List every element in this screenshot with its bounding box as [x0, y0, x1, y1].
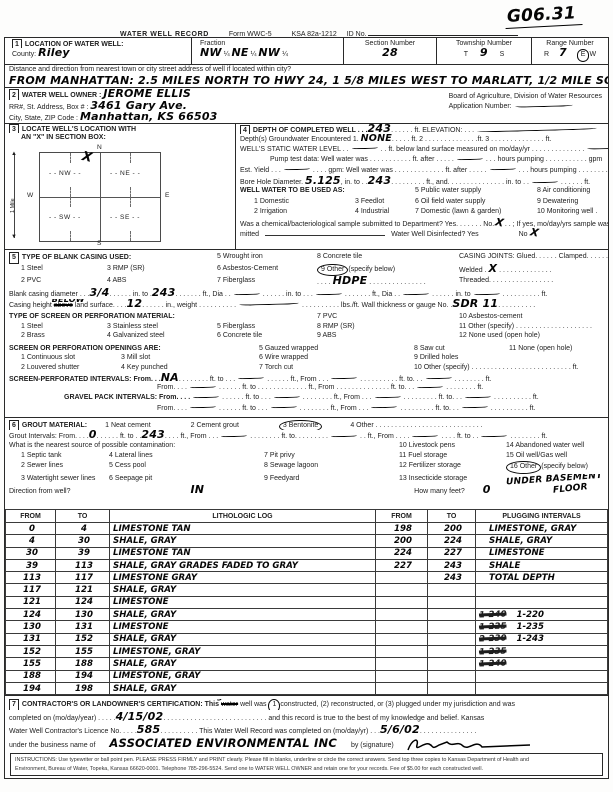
handwritten-dash	[457, 156, 483, 160]
address-value: 3461 Gary Ave.	[90, 100, 187, 111]
interval-frag: . . . . . . ft. to . . . . . . . . . . .…	[219, 384, 414, 391]
business-name-value: ASSOCIATED ENVIRONMENTAL INC	[109, 736, 337, 750]
handwritten-dash	[481, 434, 507, 438]
option-none-open-hole: 12 None used (open hole)	[459, 331, 608, 341]
plug-description: 1-243	[517, 634, 545, 644]
grout-to-value: 243	[141, 430, 165, 440]
interval-frag: From. . . .	[157, 384, 187, 391]
handwritten-dash	[234, 292, 260, 296]
plug-from-value	[376, 584, 428, 596]
log-header-row: FROM TO LITHOLOGIC LOG FROM TO PLUGGING …	[6, 510, 608, 523]
address-label: RR#, St. Address, Box # :	[9, 104, 88, 111]
handwritten-dash	[284, 167, 310, 171]
log-description: SHALE, GRAY	[110, 535, 376, 547]
log-to-value: 30	[56, 535, 110, 547]
range-number-label: Range Number	[532, 39, 608, 48]
handwritten-dash	[238, 376, 264, 380]
casing-options-row-1: 5TYPE OF BLANK CASING USED: 5 Wrought ir…	[5, 252, 608, 264]
log-table-row: 113 117 LIMESTONE GRAY 243 TOTAL DEPTH	[6, 572, 608, 584]
plug-from-value	[376, 658, 428, 670]
handwritten-dash	[274, 395, 300, 399]
plug-struck-value: 1-235	[479, 646, 507, 657]
log-table-row: 131 152 SHALE, GRAY 2-2301-243	[6, 633, 608, 645]
direction-answer: IN	[190, 485, 204, 495]
dia-frag: . . . . . . . ft., Dia . .	[345, 291, 400, 298]
compass-e-label: E	[165, 192, 170, 199]
water-well-record-scan: { "meta": { "hand_id": "G06.31" }, "head…	[0, 0, 613, 792]
cert-frag: . . . . . . . . . . . . . . .	[420, 728, 476, 735]
depth-completed-value: 243	[368, 124, 392, 134]
option-galvanized: 4 Galvanized steel	[107, 332, 165, 339]
log-table-row: 152 155 LIMESTONE, GRAY 1-235	[6, 645, 608, 657]
log-table-row: 4 30 SHALE, GRAY 200 224 SHALE, GRAY	[6, 535, 608, 547]
plug-description: 1-220	[517, 610, 545, 620]
option-openings-other: 10 Other (specify) . . . . . . . . . . .…	[414, 363, 608, 373]
gauge-label: . . . . . . . . . . lbs./ft. Wall thickn…	[302, 302, 452, 309]
handwritten-dash	[271, 405, 297, 409]
handwritten-dash	[190, 405, 216, 409]
section-3-4-block: 3LOCATE WELL'S LOCATION WITH AN "X" IN S…	[5, 123, 608, 249]
sample-question-rest: . . ; If yes, mo/day/yrs sample was sub-	[505, 221, 608, 228]
handwritten-dash	[462, 405, 488, 409]
interval-frag: . . . . . . . . ft., From . . .	[303, 394, 372, 401]
plug-header-from: FROM	[376, 510, 428, 523]
option-asbestos-cement: 6 Asbestos-Cement	[217, 264, 317, 277]
section-7-number: 7	[9, 699, 19, 709]
interval-frag: . . . . . . . . . . ft. to. . .	[360, 376, 422, 383]
log-from-value: 131	[6, 633, 56, 645]
section-number-value: 28	[382, 48, 398, 59]
option-screen-pvc: 7 PVC	[317, 312, 459, 322]
plug-description: LIMESTONE, GRAY	[489, 524, 576, 534]
mile-scale-label: 1 Mile	[10, 173, 16, 213]
compass-s-label: S	[97, 240, 102, 247]
log-header-lithologic: LITHOLOGIC LOG	[110, 510, 376, 523]
plug-header-intervals: PLUGGING INTERVALS	[476, 510, 608, 523]
disinfected-no-label: No	[519, 231, 528, 238]
option-screen-fiberglass: 5 Fiberglass	[217, 322, 317, 332]
contamination-label: What is the nearest source of possible c…	[9, 441, 399, 451]
log-table-row: 130 131 LIMESTONE 1-2251-235	[6, 621, 608, 633]
log-from-value: 117	[6, 584, 56, 596]
casing-joints-label: CASING JOINTS: Glued. . . . . . Clamped.…	[459, 252, 608, 264]
plug-to-value	[428, 658, 476, 670]
option-other-casing-circled: 9 Other(specify below)	[317, 264, 459, 277]
option-key-punched: 4 Key punched	[121, 364, 168, 371]
handwritten-dash	[352, 146, 378, 150]
section-5-number: 5	[9, 252, 19, 264]
log-table-row: 121 124 LIMESTONE	[6, 596, 608, 608]
casing-options-row-3: 2 PVC4 ABS 7 Fiberglass . . . . HDPE . .…	[5, 276, 608, 288]
plug-header-to: TO	[428, 510, 476, 523]
interval-frag: . . . . . . . . ft. to . . .	[179, 376, 235, 383]
groundwater-label: Depth(s) Groundwater Encountered 1.	[240, 136, 359, 143]
interval-frag: . . . . . . . . . ft. to. . .	[404, 394, 462, 401]
welded-x-mark: X	[488, 264, 497, 275]
range-w: W	[589, 51, 596, 58]
log-to-value: 131	[56, 621, 110, 633]
quarter-symbol: ¼	[224, 51, 230, 58]
log-to-value: 117	[56, 572, 110, 584]
log-description: LIMESTONE, GRAY	[110, 645, 376, 657]
section-1-location: 1LOCATION OF WATER WELL: County: Riley F…	[5, 38, 608, 64]
groundwater-value: NONE	[361, 134, 392, 144]
casing-diameter-value: 3/4	[90, 288, 110, 298]
section-3-title-1: LOCATE WELL'S LOCATION WITH	[22, 126, 136, 133]
log-body: 0 4 LIMESTONE TAN 198 200 LIMESTONE, GRA…	[6, 523, 608, 695]
est-yield-mid: . . . . gpm: Well water was . . . . . . …	[313, 167, 487, 174]
option-fuel-storage: 11 Fuel storage	[399, 451, 506, 461]
log-table-row: 39 113 SHALE, GRAY GRADES FADED TO GRAY …	[6, 559, 608, 571]
option-irrigation: 2 Irrigation	[240, 207, 355, 217]
log-from-value: 4	[6, 535, 56, 547]
record-completed-date-value: 5/6/02	[380, 723, 420, 736]
disinfected-no-x-mark: X	[529, 228, 539, 238]
log-to-value: 152	[56, 633, 110, 645]
plug-to-value	[428, 633, 476, 645]
option-abs: 4 ABS	[107, 277, 126, 284]
log-header-to: TO	[56, 510, 110, 523]
interval-frag: . . . . . . ft. to . .	[97, 433, 142, 440]
section-7-certification: 7CONTRACTOR'S OR LANDOWNER'S CERTIFICATI…	[5, 695, 608, 751]
option-watertight-sewer: 3 Watertight sewer lines	[21, 474, 109, 484]
option-cess-pool: 5 Cess pool	[109, 462, 146, 469]
option-livestock: 10 Livestock pens	[399, 441, 506, 451]
certification-label: CONTRACTOR'S OR LANDOWNER'S CERTIFICATIO…	[22, 701, 219, 708]
quadrant-nw-label: - - NW - -	[49, 170, 81, 177]
interval-frag: . . . . . . ft., From . . .	[267, 376, 328, 383]
option-air-conditioning: 8 Air conditioning	[537, 186, 608, 196]
log-description: LIMESTONE TAN	[110, 547, 376, 559]
plug-to-value	[428, 670, 476, 682]
plug-to-value	[428, 621, 476, 633]
interval-frag: . . . . . . . . ft., From . . .	[300, 405, 369, 412]
log-description: LIMESTONE TAN	[110, 523, 376, 535]
casing-height-label: Casing height	[9, 302, 52, 309]
section-2-number: 2	[9, 89, 19, 100]
option-wrought-iron: 5 Wrought iron	[217, 252, 317, 264]
handwritten-dash	[331, 376, 357, 380]
completed-on-label: completed on (mo/day/year) . . . . .	[9, 715, 116, 722]
handwritten-dash	[417, 384, 443, 388]
hdpe-dots-pre: . . . .	[317, 279, 331, 286]
bore-diameter-value: 5.125	[305, 176, 341, 186]
instructions-line-1: INSTRUCTIONS: Use typewriter or ball poi…	[15, 756, 598, 764]
plug-description: SHALE, GRAY	[489, 536, 552, 546]
township-number-label: Township Number	[437, 39, 531, 48]
handwritten-dash	[239, 301, 299, 306]
option-none-open: 11 None (open hole)	[509, 344, 608, 354]
log-from-value: 155	[6, 658, 56, 670]
fraction-1-value: NW	[200, 48, 222, 59]
option-wire-wrapped: 6 Wire wrapped	[259, 353, 414, 363]
quarter-symbol: ¼	[251, 51, 257, 58]
option-bentonite-circled: 3 Bentonite	[279, 420, 322, 430]
interval-frag: . . . . . . . . . ft. to. . .	[400, 405, 458, 412]
log-table-row: 117 121 SHALE, GRAY	[6, 584, 608, 596]
casing-other-answer: HDPE	[333, 276, 368, 287]
grout-title: GROUT MATERIAL:	[22, 422, 87, 429]
section-3-location-box: 3LOCATE WELL'S LOCATION WITH AN "X" IN S…	[5, 124, 236, 249]
quarter-symbol: ¼	[282, 51, 288, 58]
log-description: LIMESTONE GRAY	[110, 572, 376, 584]
log-from-value: 188	[6, 670, 56, 682]
cert-frag: . . . . . . . . . . . . . . . . . . . . …	[163, 715, 484, 722]
fraction-2-value: NE	[232, 48, 249, 59]
instructions-box: INSTRUCTIONS: Use typewriter or ball poi…	[10, 753, 603, 776]
plug-description: 1-235	[517, 622, 545, 632]
option-stainless: 3 Stainless steel	[107, 323, 158, 330]
log-to-value: 188	[56, 658, 110, 670]
compass-w-label: W	[27, 192, 34, 199]
hdpe-dots-post: . . . . . . . . . . . . . . .	[369, 279, 425, 286]
option-fertilizer: 12 Fertilizer storage	[399, 461, 506, 474]
feet-answer: 0	[483, 485, 491, 495]
option-pvc: 2 PVC	[21, 276, 107, 286]
interval-frag: . . . . ft. to . .	[441, 433, 478, 440]
city-label: City, State, ZIP Code :	[9, 115, 78, 122]
handwritten-dash	[375, 395, 401, 399]
log-from-value: 113	[6, 572, 56, 584]
plug-from-value	[376, 670, 428, 682]
handwritten-dash	[331, 434, 357, 438]
contamination-row-4: 3 Watertight sewer lines6 Seepage pit 9 …	[5, 474, 608, 484]
log-from-value: 121	[6, 596, 56, 608]
signature	[404, 737, 534, 751]
application-number-label: Application Number:	[449, 103, 512, 110]
section-3-title-2: AN "X" IN SECTION BOX:	[21, 134, 106, 141]
groundwater-rest: . . . . . ft. 2 . . . . . . . . . . . . …	[392, 136, 551, 143]
option-abandoned-well: 14 Abandoned water well	[506, 441, 608, 451]
depth-units: . . . . . . ft. ELEVATION: . . .	[391, 127, 474, 134]
option-contam-other-circled: 16 Other(specify below)	[506, 461, 608, 474]
section-4-well-details: 4DEPTH OF COMPLETED WELL . . .243. . . .…	[236, 124, 608, 249]
log-table-row: 188 194 LIMESTONE, GRAY	[6, 670, 608, 682]
casing-height-value: 12	[127, 299, 143, 309]
completed-date-value: 4/15/02	[116, 710, 164, 723]
handwritten-dash	[412, 434, 438, 438]
screen-material-row-3: 2 Brass4 Galvanized steel 6 Concrete til…	[5, 331, 608, 341]
option-public-water: 5 Public water supply	[415, 186, 537, 196]
licence-label: Water Well Contractor's Licence No. . . …	[9, 728, 137, 735]
plug-to-value	[428, 596, 476, 608]
option-feedlot: 3 Feedlot	[355, 197, 415, 207]
openings-title: SCREEN OR PERFORATION OPENINGS ARE:	[9, 344, 259, 354]
range-r: R	[544, 51, 549, 58]
option-mill-slot: 3 Mill slot	[121, 354, 150, 361]
option-louvered: 2 Louvered shutter	[21, 363, 121, 373]
handwritten-dash	[403, 292, 429, 296]
handwritten-dash	[532, 179, 558, 183]
casing-diameter-label: Blank casing diameter . . .	[9, 291, 90, 298]
pump-test-label: Pump test data: Well water was . . . . .…	[270, 156, 454, 163]
bore-depth-value: 243	[368, 176, 392, 186]
option-neat-cement: 1 Neat cement	[105, 422, 151, 429]
handwritten-dash	[587, 146, 608, 150]
option-screen-steel: 1 Steel	[21, 322, 107, 332]
interval-frag: . . . . . . . . ft.	[510, 433, 547, 440]
option-concrete-tile: 8 Concrete tile	[317, 252, 459, 264]
township-value: 9	[480, 48, 488, 59]
option-grout-other: 4 Other . . . . . . . . . . . . . . . . …	[350, 422, 482, 429]
log-from-value: 130	[6, 621, 56, 633]
screen-perforated-label: SCREEN-PERFORATED INTERVALS: From. . .	[9, 376, 161, 383]
option-torch-cut: 7 Torch cut	[259, 363, 414, 373]
section-1-title: LOCATION OF WATER WELL:	[25, 41, 124, 48]
signature-label: by (signature)	[351, 742, 394, 749]
option-oil-field: 6 Oil field water supply	[415, 197, 537, 207]
dia-frag: . . . . . . . ft., Dia . .	[175, 291, 230, 298]
county-value: Riley	[38, 48, 70, 59]
plug-description: LIMESTONE	[489, 548, 545, 558]
plug-description: SHALE	[489, 561, 520, 571]
threaded-label: Threaded. . . . . . . . . . . . . . . . …	[459, 276, 608, 288]
range-value: 7	[559, 48, 567, 59]
plug-struck-value: 2-230	[479, 634, 507, 645]
log-from-value: 194	[6, 682, 56, 694]
plug-description: TOTAL DEPTH	[489, 573, 555, 583]
plug-to-value: 224	[428, 535, 476, 547]
section-6-grout: 6GROUT MATERIAL:1 Neat cement2 Cement gr…	[5, 417, 608, 509]
township-s: S	[500, 51, 505, 58]
option-domestic-lawn: 7 Domestic (lawn & garden)	[415, 207, 537, 217]
interval-frag: . . . . . . . . . . ft.	[494, 394, 539, 401]
handwritten-dash	[425, 376, 451, 380]
option-pit-privy: 7 Pit privy	[264, 451, 399, 461]
interval-frag: . . . . . . . . ft.	[455, 376, 492, 383]
plug-from-value: 227	[376, 559, 428, 571]
grout-from-value: 0	[89, 430, 97, 440]
log-table-row: 155 188 SHALE, GRAY 1-240	[6, 658, 608, 670]
handwritten-id-number: G06.31	[504, 3, 582, 29]
plug-from-value	[376, 621, 428, 633]
handwritten-dash	[474, 292, 500, 296]
screen-material-row-1: TYPE OF SCREEN OR PERFORATION MATERIAL: …	[5, 312, 608, 322]
plug-struck-value: 1-240	[479, 658, 507, 669]
option-seepage-pit: 6 Seepage pit	[109, 475, 152, 482]
instructions-line-2: Environment, Bureau of Water, Topeka, Ka…	[15, 765, 598, 773]
est-yield-label: Est. Yield . . .	[240, 167, 281, 174]
static-level-label: WELL'S STATIC WATER LEVEL . .	[240, 146, 349, 153]
gauge-dots: . . . . . . . . . .	[498, 302, 535, 309]
fraction-3-value: NW	[258, 48, 280, 59]
section-2-owner: 2WATER WELL OWNER : JEROME ELLIS RR#, St…	[5, 87, 608, 123]
screen-material-row-2: 1 Steel3 Stainless steel 5 Fiberglass 8 …	[5, 322, 608, 332]
option-screen-asbestos: 10 Asbestos-cement	[459, 312, 608, 322]
plug-to-value: 243	[428, 572, 476, 584]
log-to-value: 124	[56, 596, 110, 608]
dia-frag: . . . . . . in. to .	[109, 291, 151, 298]
handwritten-dash	[490, 167, 516, 171]
log-description: LIMESTONE	[110, 596, 376, 608]
bore-mid: , in. to . .	[341, 179, 368, 186]
depth-completed-label: DEPTH OF COMPLETED WELL . . .	[253, 127, 368, 134]
plug-from-value	[376, 609, 428, 621]
owner-value: JEROME ELLIS	[103, 88, 191, 100]
option-septic: 1 Septic tank	[21, 451, 109, 461]
interval-frag: . . ft., From . . . .	[360, 433, 409, 440]
well-use-options: WELL WATER TO BE USED AS: 5 Public water…	[236, 186, 608, 217]
section-5-casing: 5TYPE OF BLANK CASING USED: 5 Wrought ir…	[5, 249, 608, 417]
welded-dots: . . . . . . . . . . . . . .	[499, 267, 552, 274]
static-level-rest: . . ft. below land surface measured on m…	[381, 146, 585, 153]
option-screen-concrete: 6 Concrete tile	[217, 331, 317, 341]
log-from-value: 124	[6, 609, 56, 621]
disinfected-label: Water Well Disinfected? Yes	[391, 231, 479, 238]
bore-end: . . . . . . ft.	[561, 179, 590, 186]
licence-number-value: 585	[137, 723, 161, 736]
bore-hole-label: Bore Hole Diameter.	[240, 179, 303, 186]
log-header-from: FROM	[6, 510, 56, 523]
log-from-value: 0	[6, 523, 56, 535]
option-screen-abs: 9 ABS	[317, 331, 459, 341]
sample-no-x-mark: X	[494, 218, 504, 228]
log-to-value: 121	[56, 584, 110, 596]
option-rmp: 3 RMP (SR)	[107, 265, 145, 272]
log-description: SHALE, GRAY GRADES FADED TO GRAY	[110, 559, 376, 571]
county-label: County:	[12, 51, 36, 58]
wwc5-form: 1LOCATION OF WATER WELL: County: Riley F…	[4, 37, 609, 779]
dia-frag: . . . . . . . . . . ft.	[503, 291, 548, 298]
weight-label: . . . . . . in., weight . . . . . . . . …	[142, 302, 236, 309]
log-to-value: 130	[56, 609, 110, 621]
plug-to-value: 227	[428, 547, 476, 559]
option-insecticide: 13 Insecticide storage	[399, 474, 506, 484]
arrow-up-icon: ▲	[11, 151, 17, 157]
compass-n-label: N	[97, 144, 102, 151]
interval-frag: . . . . . . . . . . ft.	[491, 405, 536, 412]
handwritten-dash	[316, 292, 342, 296]
plug-from-value	[376, 572, 428, 584]
option-drilled-holes: 9 Drilled holes	[414, 353, 509, 363]
screen-perforated-na: NA	[161, 373, 179, 383]
option-screen-other: 11 Other (specify) . . . . . . . . . . .…	[459, 322, 608, 332]
welded-label: Welded .	[459, 267, 487, 274]
distance-block: Distance and direction from nearest town…	[5, 64, 608, 87]
option-lateral: 4 Lateral lines	[109, 452, 153, 459]
quadrant-sw-label: - - SW - -	[49, 214, 81, 221]
log-from-value: 152	[6, 645, 56, 657]
section-number-label: Section Number	[344, 39, 436, 48]
log-to-value: 39	[56, 547, 110, 559]
plug-from-value	[376, 682, 428, 694]
log-description: LIMESTONE, GRAY	[110, 670, 376, 682]
option-industrial: 4 Industrial	[355, 207, 415, 217]
cert-frag: . . . . . . . . . . This Water Well Reco…	[160, 728, 380, 735]
log-description: LIMESTONE	[110, 621, 376, 633]
section-3-number: 3	[9, 124, 19, 133]
dia-frag: . . . . . . in. to	[432, 291, 471, 298]
plug-to-value	[428, 645, 476, 657]
option-continuous-slot: 1 Continuous slot	[21, 353, 121, 363]
option-gauzed: 5 Gauzed wrapped	[259, 344, 414, 354]
plug-from-value: 224	[376, 547, 428, 559]
pump-test-rest: . . . hours pumping . . . . . . . . . . …	[486, 156, 602, 163]
log-from-value: 30	[6, 547, 56, 559]
gravel-pack-label: GRAVEL PACK INTERVALS: From. . . .	[64, 394, 190, 401]
interval-frag: . . . . ft., From . . .	[165, 433, 218, 440]
openings-row-2: 1 Continuous slot3 Mill slot 6 Wire wrap…	[5, 353, 608, 363]
casing-depth-value: 243	[152, 288, 176, 298]
plug-from-value	[376, 645, 428, 657]
log-description: SHALE, GRAY	[110, 609, 376, 621]
handwritten-dash	[465, 395, 491, 399]
business-name-label: under the business name of	[9, 742, 95, 749]
township-t: T	[464, 51, 468, 58]
interval-frag: From. . . .	[157, 405, 187, 412]
gauge-value: SDR 11	[452, 299, 498, 309]
range-east-circled: E	[577, 49, 590, 61]
